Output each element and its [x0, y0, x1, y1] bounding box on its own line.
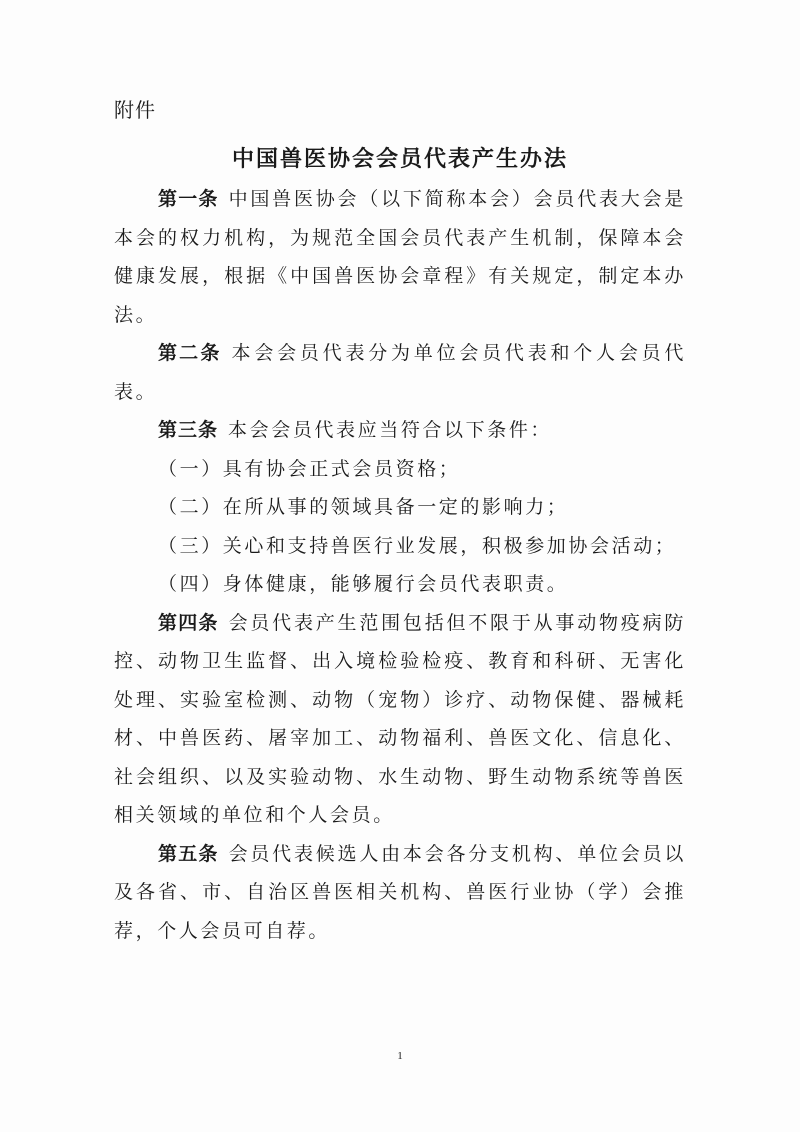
- article-text: 本会会员代表应当符合以下条件：: [228, 419, 552, 441]
- condition-item-2: （二）在所从事的领域具备一定的影响力；: [114, 488, 686, 527]
- article-2: 第二条本会会员代表分为单位会员代表和个人会员代表。: [114, 334, 686, 411]
- condition-item-3: （三）关心和支持兽医行业发展，积极参加协会活动；: [114, 527, 686, 566]
- document-body: 第一条中国兽医协会（以下简称本会）会员代表大会是本会的权力机构，为规范全国会员代…: [114, 180, 686, 950]
- article-number: 第一条: [158, 188, 219, 210]
- article-4: 第四条会员代表产生范围包括但不限于从事动物疫病防控、动物卫生监督、出入境检验检疫…: [114, 604, 686, 835]
- article-text: 会员代表产生范围包括但不限于从事动物疫病防控、动物卫生监督、出入境检验检疫、教育…: [114, 612, 686, 827]
- condition-item-1: （一）具有协会正式会员资格；: [114, 450, 686, 489]
- condition-item-4: （四）身体健康，能够履行会员代表职责。: [114, 565, 686, 604]
- article-number: 第二条: [158, 342, 222, 364]
- article-1: 第一条中国兽医协会（以下简称本会）会员代表大会是本会的权力机构，为规范全国会员代…: [114, 180, 686, 334]
- article-number: 第四条: [158, 612, 219, 634]
- document-title: 中国兽医协会会员代表产生办法: [0, 142, 800, 173]
- attachment-label: 附件: [114, 94, 156, 123]
- article-5: 第五条会员代表候选人由本会各分支机构、单位会员以及各省、市、自治区兽医相关机构、…: [114, 835, 686, 951]
- document-page: 附件 中国兽医协会会员代表产生办法 第一条中国兽医协会（以下简称本会）会员代表大…: [0, 0, 800, 1132]
- article-3: 第三条本会会员代表应当符合以下条件：: [114, 411, 686, 450]
- article-number: 第五条: [158, 843, 219, 865]
- page-number: 1: [0, 1050, 800, 1062]
- article-number: 第三条: [158, 419, 218, 441]
